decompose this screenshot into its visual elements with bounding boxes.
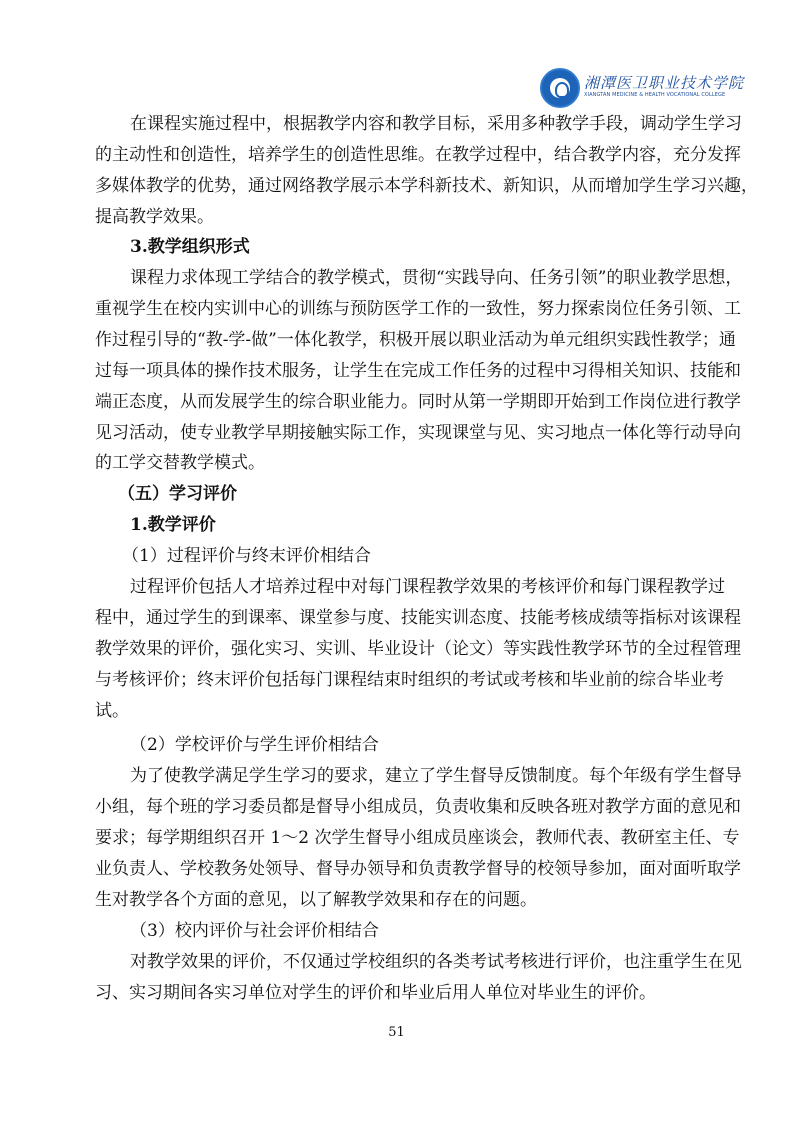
paragraph-line: 小组，每个班的学习委员都是督导小组成员，负责收集和反映各班对教学方面的意见和 [95, 796, 706, 818]
paragraph-line: 与考核评价；终末评价包括每门课程结束时组织的考试或考核和毕业前的综合毕业考 [95, 669, 706, 691]
college-name-en: XIANGTAN MEDICINE & HEALTH VOCATIONAL CO… [584, 92, 725, 98]
paragraph-line: 重视学生在校内实训中心的训练与预防医学工作的一致性，努力探索岗位任务引领、工 [95, 298, 706, 320]
paragraph-line: 见习活动，使专业教学早期接触实际工作，实现课堂与见、实习地点一体化等行动导向 [95, 422, 706, 444]
paragraph-line: 教学效果的评价，强化实习、实训、毕业设计（论文）等实践性教学环节的全过程管理 [95, 638, 706, 660]
paragraph-line: 端正态度，从而发展学生的综合职业能力。同时从第一学期即开始到工作岗位进行教学 [95, 391, 706, 413]
section-heading: 1.教学评价 [130, 514, 706, 536]
paragraph-line: 为了使教学满足学生学习的要求，建立了学生督导反馈制度。每个年级有学生督导 [130, 765, 706, 787]
paragraph-line: 提高教学效果。 [95, 206, 706, 228]
paragraph-line: 在课程实施过程中，根据教学内容和教学目标，采用多种教学手段，调动学生学习 [130, 113, 706, 135]
paragraph-line: 程中，通过学生的到课率、课堂参与度、技能实训态度、技能考核成绩等指标对该课程 [95, 607, 706, 629]
paragraph-line: 作过程引导的“教-学-做”一体化教学，积极开展以职业活动为单元组织实践性教学；通 [95, 329, 706, 351]
college-emblem-icon [540, 68, 580, 108]
paragraph-line: 要求；每学期组织召开 1～2 次学生督导小组成员座谈会，教师代表、教研室主任、专 [95, 827, 706, 849]
paragraph-line: 试。 [95, 700, 706, 722]
section-heading: （五）学习评价 [118, 483, 694, 505]
paragraph-line: 业负责人、学校教务处领导、督导办领导和负责教学督导的校领导参加，面对面听取学 [95, 858, 706, 880]
paragraph-line: 对教学效果的评价，不仅通过学校组织的各类考试考核进行评价，也注重学生在见 [130, 951, 706, 973]
subsection-heading: （3）校内评价与社会评价相结合 [130, 920, 706, 942]
page-number: 51 [0, 1025, 793, 1040]
subsection-heading: （1）过程评价与终末评价相结合 [122, 545, 698, 567]
paragraph-line: 课程力求体现工学结合的教学模式，贯彻“实践导向、任务引领”的职业教学思想， [130, 267, 706, 289]
subsection-heading: （2）学校评价与学生评价相结合 [130, 734, 706, 756]
paragraph-line: 多媒体教学的优势，通过网络教学展示本学科新技术、新知识，从而增加学生学习兴趣， [95, 175, 706, 197]
paragraph-line: 的工学交替教学模式。 [95, 452, 706, 474]
college-logo: 湘潭医卫职业技术学院 XIANGTAN MEDICINE & HEALTH VO… [540, 68, 710, 112]
paragraph-line: 过每一项具体的操作技术服务，让学生在完成工作任务的过程中习得相关知识、技能和 [95, 360, 706, 382]
paragraph-line: 习、实习期间各实习单位对学生的评价和毕业后用人单位对毕业生的评价。 [95, 982, 706, 1004]
paragraph-line: 生对教学各个方面的意见，以了解教学效果和存在的问题。 [95, 889, 706, 911]
paragraph-line: 过程评价包括人才培养过程中对每门课程教学效果的考核评价和每门课程教学过 [130, 576, 706, 598]
paragraph-line: 的主动性和创造性，培养学生的创造性思维。在教学过程中，结合教学内容，充分发挥 [95, 144, 706, 166]
college-name-cn: 湘潭医卫职业技术学院 [584, 72, 744, 93]
section-heading: 3.教学组织形式 [130, 236, 706, 258]
